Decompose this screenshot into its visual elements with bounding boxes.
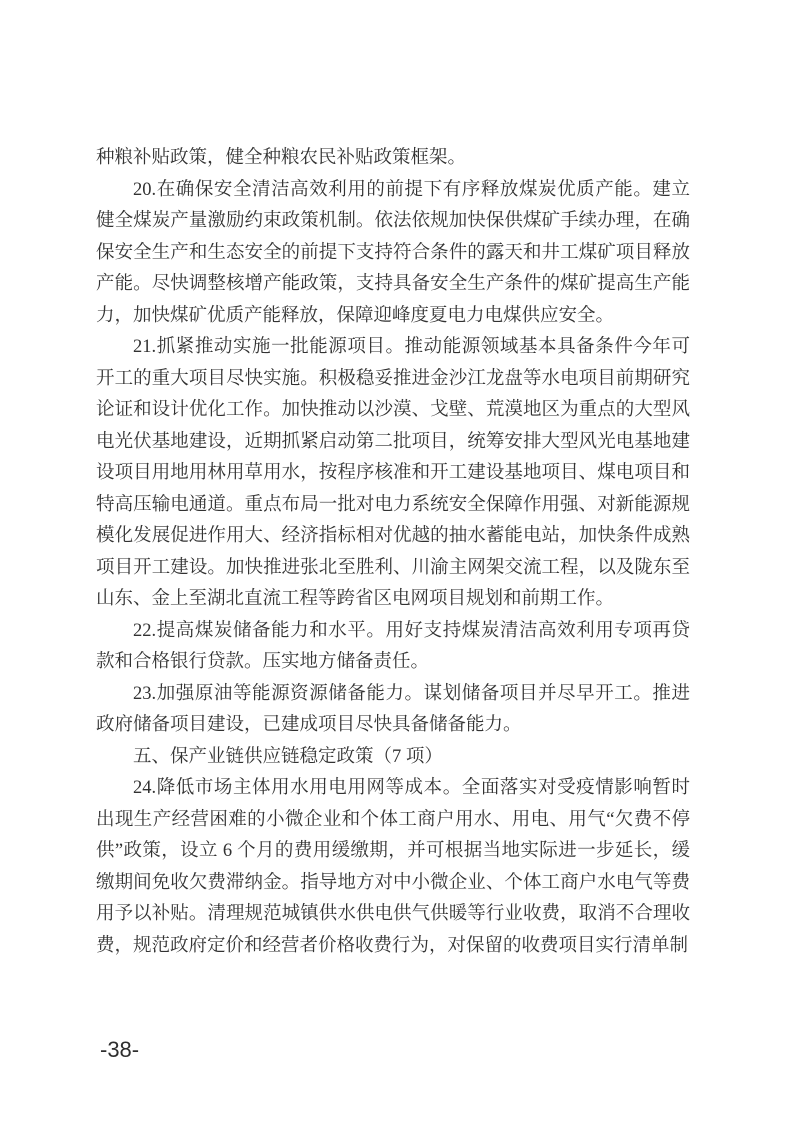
item-text-22: 提高煤炭储备能力和水平。用好支持煤炭清洁高效利用专项再贷款和合格银行贷款。压实地… [96, 621, 690, 673]
item-number-21: 21. [133, 337, 156, 357]
paragraph-item-20: 20.在确保安全清洁高效利用的前提下有序释放煤炭优质产能。建立健全煤炭产量激励约… [96, 175, 690, 333]
item-text-24: 降低市场主体用水用电用网等成本。全面落实对受疫情影响暂时出现生产经营困难的小微企… [96, 778, 690, 956]
paragraph-item-22: 22.提高煤炭储备能力和水平。用好支持煤炭清洁高效利用专项再贷款和合格银行贷款。… [96, 616, 690, 679]
paragraph-item-23: 23.加强原油等能源资源储备能力。谋划储备项目并尽早开工。推进政府储备项目建设，… [96, 679, 690, 742]
item-text-20: 在确保安全清洁高效利用的前提下有序释放煤炭优质产能。建立健全煤炭产量激励约束政策… [96, 180, 690, 326]
item-number-22: 22. [133, 621, 156, 641]
item-number-20: 20. [133, 180, 156, 200]
page-body-text: 种粮补贴政策，健全种粮农民补贴政策框架。 20.在确保安全清洁高效利用的前提下有… [96, 143, 690, 962]
item-text-21: 抓紧推动实施一批能源项目。推动能源领域基本具备条件今年可开工的重大项目尽快实施。… [96, 337, 690, 609]
item-number-24: 24. [133, 778, 156, 798]
paragraph-item-24: 24.降低市场主体用水用电用网等成本。全面落实对受疫情影响暂时出现生产经营困难的… [96, 773, 690, 962]
page-number: -38- [100, 1038, 139, 1062]
document-page: 种粮补贴政策，健全种粮农民补贴政策框架。 20.在确保安全清洁高效利用的前提下有… [0, 0, 793, 1122]
item-number-23: 23. [133, 684, 156, 704]
section-heading-five: 五、保产业链供应链稳定政策（7 项） [96, 742, 690, 774]
paragraph-continuation: 种粮补贴政策，健全种粮农民补贴政策框架。 [96, 143, 690, 175]
item-text-23: 加强原油等能源资源储备能力。谋划储备项目并尽早开工。推进政府储备项目建设，已建成… [96, 684, 690, 736]
paragraph-item-21: 21.抓紧推动实施一批能源项目。推动能源领域基本具备条件今年可开工的重大项目尽快… [96, 332, 690, 616]
